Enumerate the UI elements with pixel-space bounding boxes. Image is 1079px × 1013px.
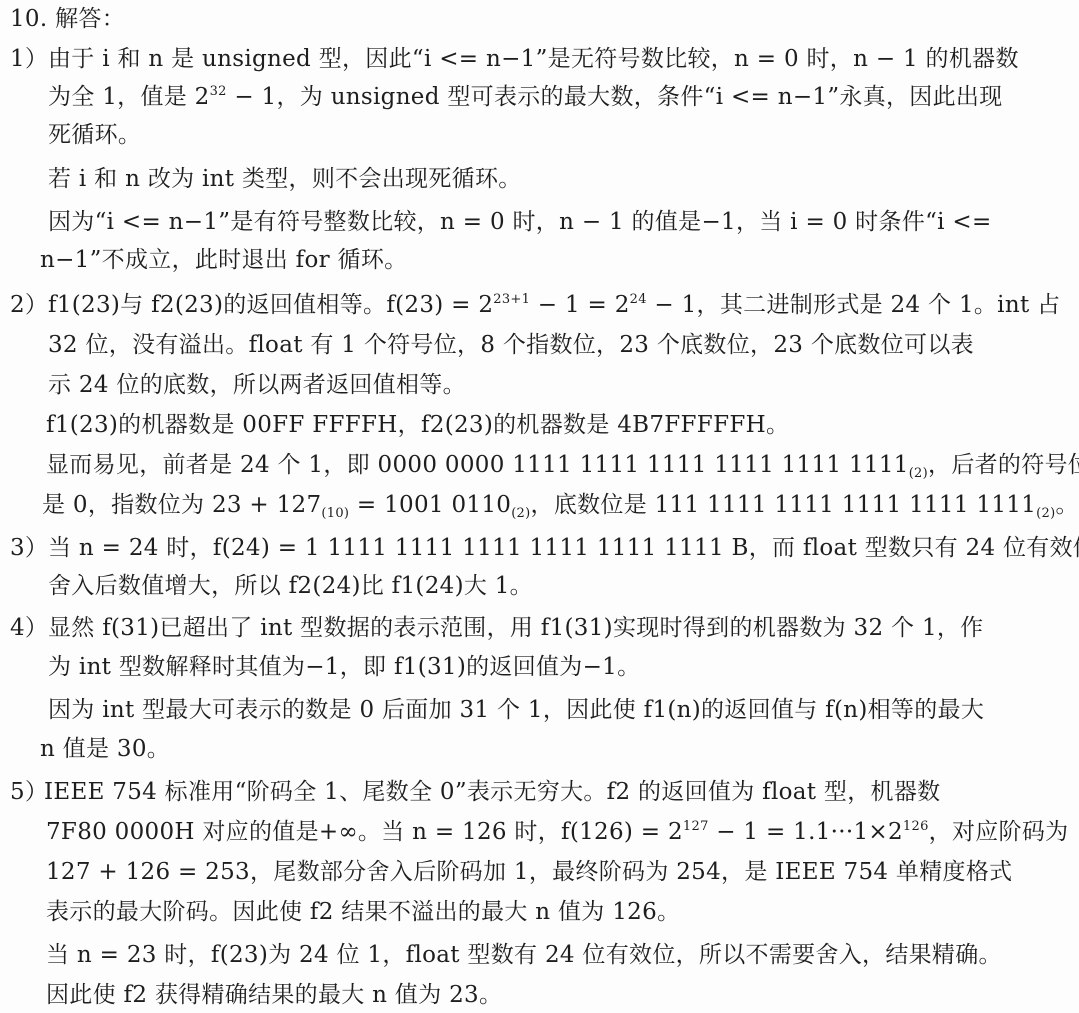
section-4-label: 4） — [10, 613, 48, 643]
answer-page: 10. 解答： 1） 由于 i 和 n 是 unsigned 型，因此“i <=… — [0, 0, 1079, 1013]
section-5-label: 5） — [10, 777, 48, 807]
section-1-label: 1） — [10, 44, 48, 74]
section-2-label: 2） — [10, 290, 48, 320]
section-3-label: 3） — [10, 533, 48, 563]
answer-heading: 10. 解答： — [10, 4, 125, 34]
